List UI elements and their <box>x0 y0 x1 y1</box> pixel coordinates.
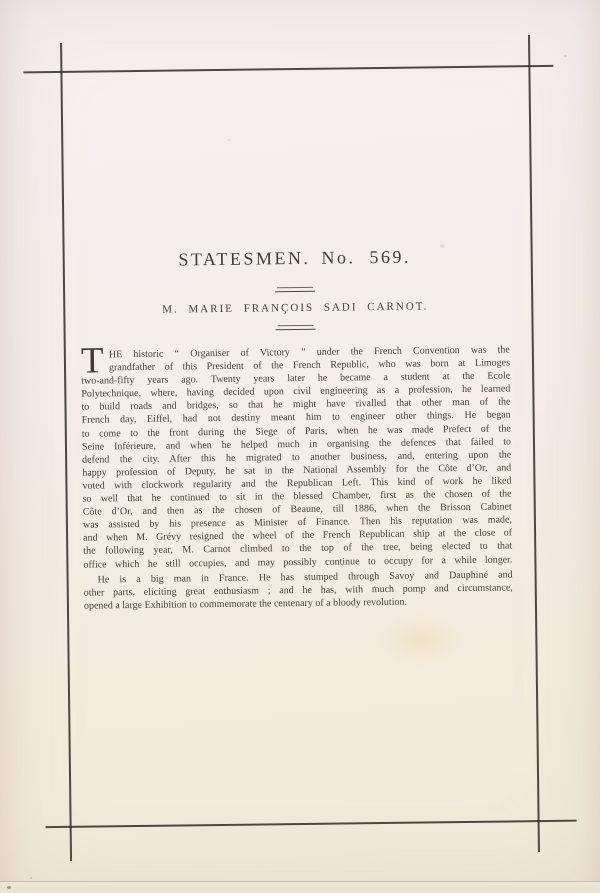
dust-speck <box>228 139 230 141</box>
scanned-page: STATESMEN.No. 569. M. MARIE FRANÇOIS SAD… <box>0 0 600 893</box>
divider-rule-upper <box>275 287 315 292</box>
series-number: No. 569. <box>321 247 411 268</box>
paragraph-1: T HE historic “ Organiser of Victory ” u… <box>81 343 513 571</box>
frame-top-rule <box>23 65 553 73</box>
dust-speck <box>564 55 567 57</box>
frame-bottom-rule <box>46 820 577 828</box>
divider-line <box>276 328 316 330</box>
dust-speck <box>440 244 445 248</box>
divider-line <box>275 290 315 292</box>
series-heading: STATESMEN.No. 569. <box>60 245 530 272</box>
dust-speck <box>7 886 11 889</box>
scan-bottom-edge <box>0 881 600 893</box>
drop-cap-letter: T <box>81 346 105 371</box>
divider-line <box>278 325 314 326</box>
article-body: T HE historic “ Organiser of Victory ” u… <box>81 343 513 612</box>
dust-speck <box>30 877 32 879</box>
divider-line <box>277 287 313 288</box>
frame-left-rule <box>60 43 71 861</box>
series-title: STATESMEN. <box>178 248 310 270</box>
subject-title: M. MARIE FRANÇOIS SADI CARNOT. <box>60 299 530 317</box>
scan-tilt-wrapper: STATESMEN.No. 569. M. MARIE FRANÇOIS SAD… <box>0 0 600 893</box>
divider-rule-lower <box>276 325 316 330</box>
frame-right-rule <box>528 35 539 852</box>
paragraph-2: He is a big man in France. He has stumpe… <box>84 568 513 613</box>
